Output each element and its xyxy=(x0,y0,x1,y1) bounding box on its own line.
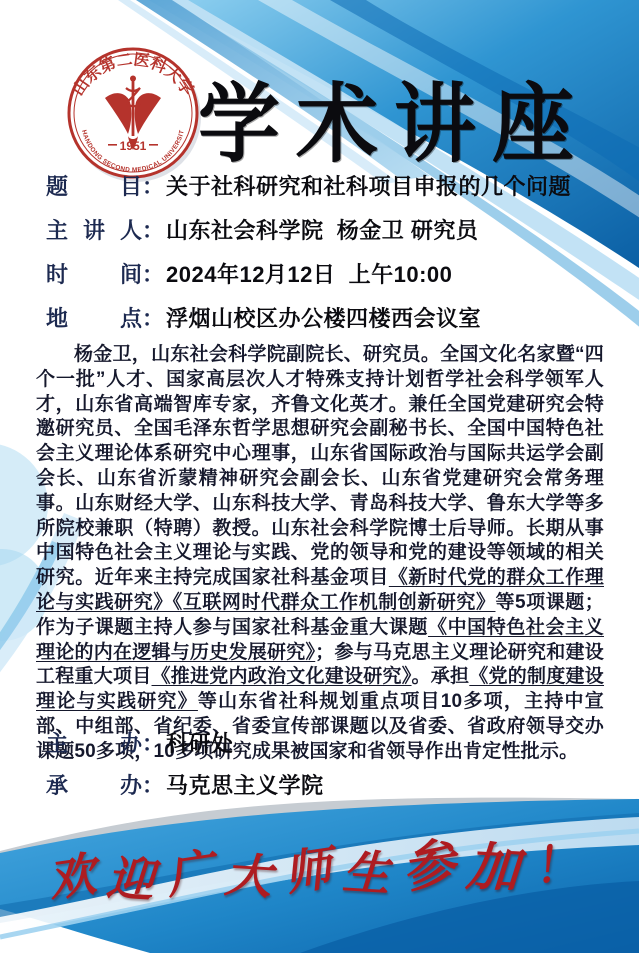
speaker-value: 山东社会科学院 杨金卫 研究员 xyxy=(166,214,478,245)
welcome-calligraphy: 欢迎广大师生参加！ xyxy=(0,820,639,913)
calligraphy-char: 广 xyxy=(162,832,230,907)
bio-paragraph: 杨金卫，山东社会科学院副院长、研究员。全国文化名家暨“四个一批”人才、国家高层次… xyxy=(36,343,604,765)
co-organizer-value: 马克思主义学院 xyxy=(166,769,324,800)
lecture-poster: 山东第二医科大学 SHANDONG SECOND MEDICAL UNIVERS… xyxy=(0,0,639,953)
time-value: 2024年12月12日 上午10:00 xyxy=(166,258,452,289)
colon: ： xyxy=(142,214,164,245)
topic-value: 关于社科研究和社科项目申报的几个问题 xyxy=(166,170,571,201)
organizers: 主办：科研处 承办：马克思主义学院 xyxy=(46,727,612,811)
calligraphy-char: 欢 xyxy=(44,835,112,910)
bio-underlined-title: 《推进党内政治文化建设研究》 xyxy=(152,666,412,687)
info-row-speaker: 主讲人：山东社会科学院 杨金卫 研究员 xyxy=(46,214,612,243)
host-label: 主办 xyxy=(46,727,142,758)
calligraphy-char: 加 xyxy=(464,824,533,904)
university-seal: 山东第二医科大学 SHANDONG SECOND MEDICAL UNIVERS… xyxy=(60,40,206,186)
colon: ： xyxy=(142,727,164,758)
bio-text: 。承担 xyxy=(412,666,470,687)
calligraphy-char: 生 xyxy=(341,835,404,905)
info-row-time: 时间：2024年12月12日 上午10:00 xyxy=(46,258,612,287)
info-row-venue: 地点：浮烟山校区办公楼四楼西会议室 xyxy=(46,302,612,331)
bio-text: 杨金卫，山东社会科学院副院长、研究员。全国文化名家暨“四个一批”人才、国家高层次… xyxy=(36,344,604,588)
colon: ： xyxy=(142,302,164,333)
calligraphy-char: 参 xyxy=(397,819,472,904)
co-organizer-label: 承办 xyxy=(46,769,142,800)
time-label: 时间 xyxy=(46,258,142,289)
calligraphy-char: 迎 xyxy=(105,841,168,911)
host-value: 科研处 xyxy=(166,727,234,758)
topic-label: 题目 xyxy=(46,170,142,201)
poster-title: 学术讲座 xyxy=(198,56,618,179)
lecture-info: 题目：关于社科研究和社科项目申报的几个问题 主讲人：山东社会科学院 杨金卫 研究… xyxy=(46,170,612,346)
calligraphy-char: ！ xyxy=(527,823,595,898)
calligraphy-char: 大 xyxy=(223,838,286,908)
seal-year: 1951 xyxy=(120,139,147,153)
colon: ： xyxy=(142,258,164,289)
speaker-label: 主讲人 xyxy=(46,214,142,245)
colon: ： xyxy=(142,170,164,201)
calligraphy-char: 师 xyxy=(280,829,348,904)
info-row-co-organizer: 承办：马克思主义学院 xyxy=(46,769,612,798)
venue-value: 浮烟山校区办公楼四楼西会议室 xyxy=(166,302,481,333)
venue-label: 地点 xyxy=(46,302,142,333)
colon: ： xyxy=(142,769,164,800)
info-row-topic: 题目：关于社科研究和社科项目申报的几个问题 xyxy=(46,170,612,199)
info-row-host: 主办：科研处 xyxy=(46,727,612,756)
